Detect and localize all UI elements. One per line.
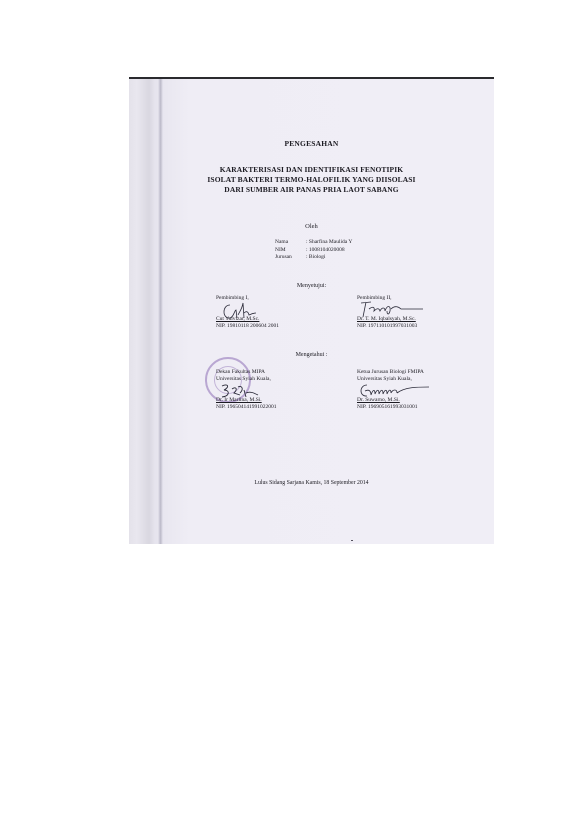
scan-speck	[351, 540, 353, 541]
pembimbing1-block: Pembimbing I, Cut Yulvizar, M.Sc. NIP. 1…	[216, 295, 279, 330]
signature-icon	[357, 299, 427, 319]
jurusan-label: Jurusan	[275, 254, 306, 262]
ketua-role: Ketua Jurusan Biologi FMIPA	[357, 369, 424, 376]
thesis-title: KARAKTERISASI DAN IDENTIFIKASI FENOTIPIK…	[129, 165, 494, 195]
student-info: Nama: Sharfina Maulida Y NIM: 1008104020…	[275, 239, 352, 262]
dekan-nip: NIP. 196504141991022001	[216, 404, 277, 411]
menyetujui-label: Menyetujui:	[129, 283, 494, 289]
signature-icon	[357, 381, 433, 401]
nama-value: : Sharfina Maulida Y	[306, 239, 352, 247]
pembimbing2-nip: NIP. 197110101997031003	[357, 323, 417, 330]
signature-icon	[220, 301, 264, 321]
signature-icon	[218, 381, 262, 401]
pembimbing1-nip: NIP. 19810118 200604 2001	[216, 323, 279, 330]
scanned-page: PENGESAHAN KARAKTERISASI DAN IDENTIFIKAS…	[129, 77, 494, 544]
mengetahui-label: Mengetahui :	[129, 352, 494, 358]
ketua-nip: NIP. 196905161993031001	[357, 404, 424, 411]
nim-label: NIM	[275, 247, 306, 255]
dekan-role: Dekan Fakultas MIPA	[216, 369, 277, 376]
jurusan-value: : Biologi	[306, 254, 325, 262]
dekan-block: Dekan Fakultas MIPA Universitas Syiah Ku…	[216, 369, 277, 411]
title-line: ISOLAT BAKTERI TERMO-HALOFILIK YANG DIIS…	[129, 175, 494, 185]
page-fold-shadow	[158, 79, 163, 544]
pembimbing2-block: Pembimbing II, Dr. T. M. Iqbalsyah, M.Sc…	[357, 295, 417, 330]
nim-value: : 1008104020008	[306, 247, 345, 255]
page-heading: PENGESAHAN	[129, 139, 494, 148]
title-line: DARI SUMBER AIR PANAS PRIA LAOT SABANG	[129, 185, 494, 195]
oleh-label: Oleh	[129, 223, 494, 230]
ketua-block: Ketua Jurusan Biologi FMIPA Universitas …	[357, 369, 424, 411]
graduation-date: Lulus Sidang Sarjana Kamis, 18 September…	[129, 480, 494, 486]
title-line: KARAKTERISASI DAN IDENTIFIKASI FENOTIPIK	[129, 165, 494, 175]
nama-label: Nama	[275, 239, 306, 247]
